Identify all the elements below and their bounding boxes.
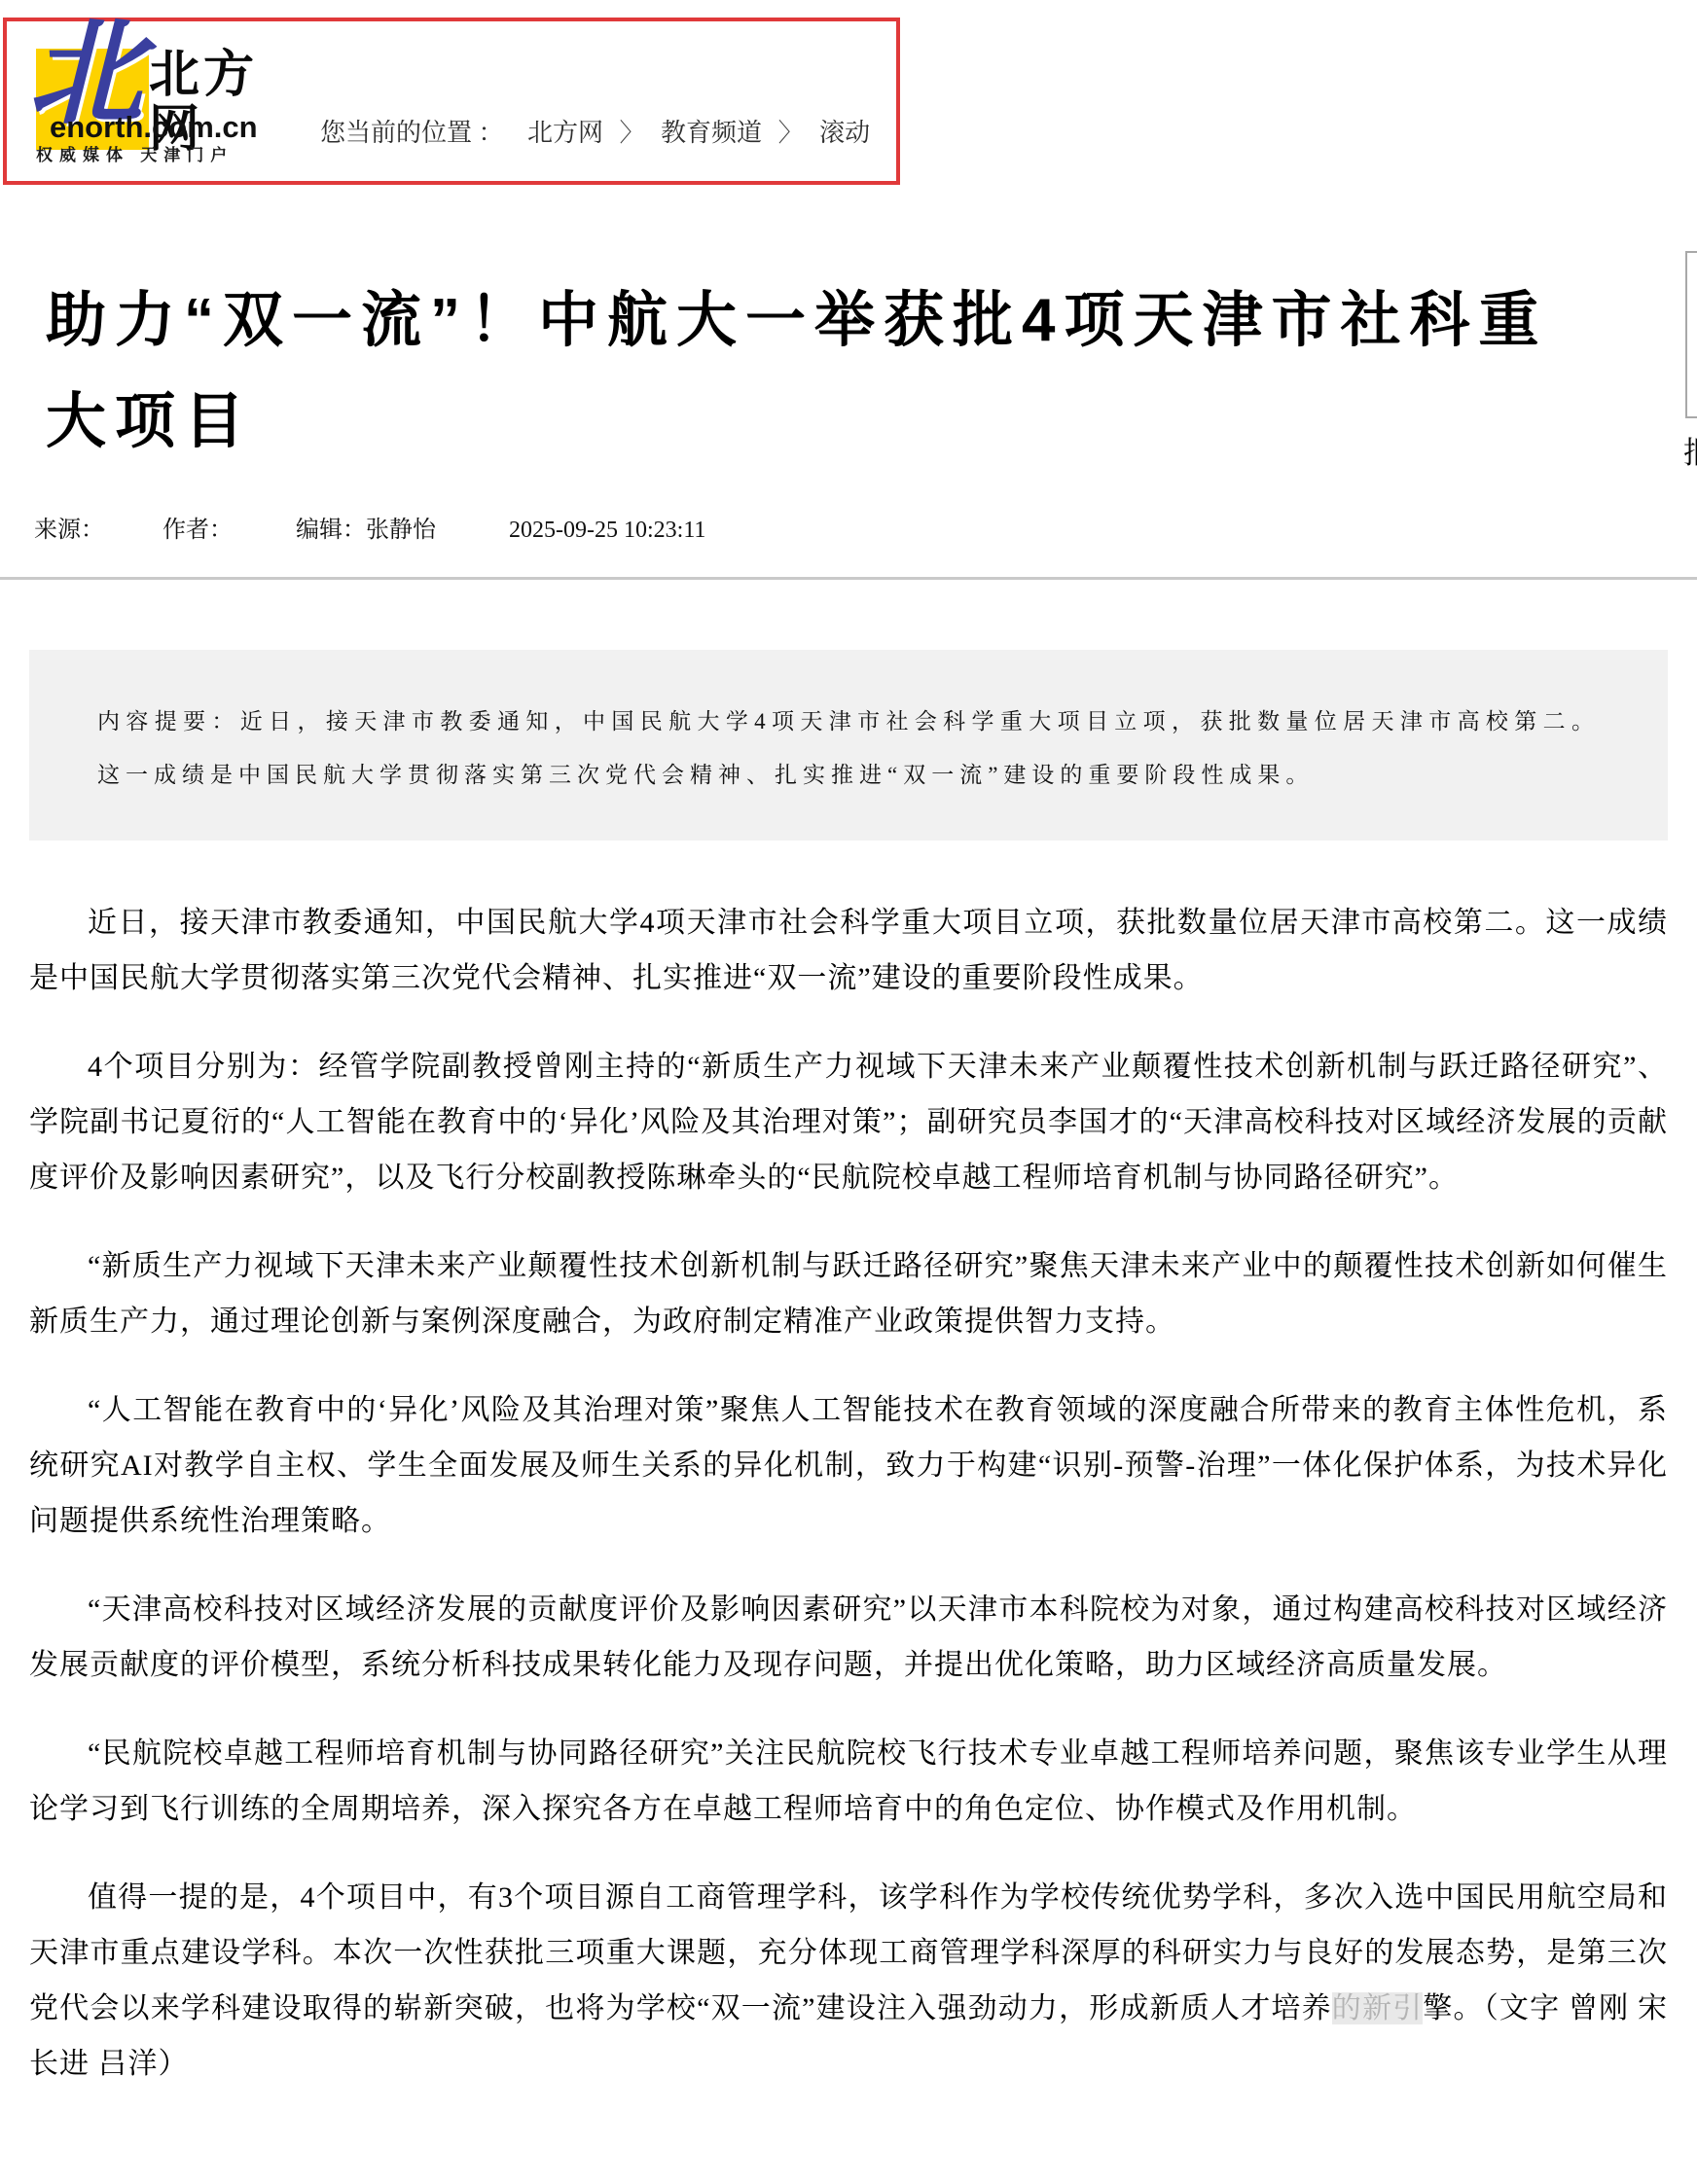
article-title: 助力“双一流”！中航大一举获批4项天津市社科重大项目 [46, 270, 1583, 473]
breadcrumb-item-scroll[interactable]: 滚动 [819, 119, 870, 147]
article-summary-box: 内容提要：近日，接天津市教委通知，中国民航大学4项天津市社会科学重大项目立项，获… [29, 650, 1668, 841]
body-paragraph: “新质生产力视域下天津未来产业颠覆性技术创新机制与跃迁路径研究”聚焦天津未来产业… [29, 1238, 1668, 1349]
horizontal-divider [0, 577, 1697, 580]
article-body: 近日，接天津市教委通知，中国民航大学4项天津市社会科学重大项目立项，获批数量位居… [0, 895, 1697, 2092]
meta-author-label: 作者： [162, 517, 233, 544]
last-paragraph-faded-text: 的新引 [1332, 1992, 1424, 2024]
breadcrumb-separator-icon: 〉 [778, 119, 804, 147]
body-paragraph: “天津高校科技对区域经济发展的贡献度评价及影响因素研究”以天津市本科院校为对象，… [29, 1582, 1668, 1693]
meta-editor: 编辑：张静怡 [296, 517, 436, 544]
clipped-sidebar-panel [1685, 251, 1697, 418]
body-paragraph: 近日，接天津市教委通知，中国民航大学4项天津市社会科学重大项目立项，获批数量位居… [29, 895, 1668, 1006]
breadcrumb-separator-icon: 〉 [620, 119, 645, 147]
body-paragraph: 4个项目分别为：经管学院副教授曾刚主持的“新质生产力视域下天津未来产业颠覆性技术… [29, 1039, 1668, 1205]
news-article-page: 北 北方网 enorth.com.cn 权威媒体 天津门户 您当前的位置 ： 北… [0, 0, 1697, 2184]
logo-slogan: 权威媒体 天津门户 [36, 146, 234, 165]
breadcrumb-label: 您当前的位置 ： [320, 119, 504, 147]
clipped-sidebar-char: 报 [1683, 434, 1697, 473]
breadcrumb-item-home[interactable]: 北方网 [527, 119, 603, 147]
breadcrumb: 您当前的位置 ： 北方网 〉 教育频道 〉 滚动 [320, 119, 870, 148]
body-paragraph: “人工智能在教育中的‘异化’风险及其治理对策”聚焦人工智能技术在教育领域的深度融… [29, 1382, 1668, 1549]
meta-source-label: 来源： [34, 517, 104, 544]
logo-domain-text: enorth.com.cn [50, 111, 258, 144]
body-paragraph-last: 值得一提的是，4个项目中，有3个项目源自工商管理学科，该学科作为学校传统优势学科… [29, 1870, 1668, 2092]
article-meta: 来源： 作者： 编辑：张静怡 2025-09-25 10:23:11 [34, 517, 1697, 544]
breadcrumb-item-education-channel[interactable]: 教育频道 [661, 119, 762, 147]
site-logo[interactable]: 北 北方网 enorth.com.cn 权威媒体 天津门户 [7, 21, 308, 181]
site-header-highlight-box: 北 北方网 enorth.com.cn 权威媒体 天津门户 您当前的位置 ： 北… [3, 18, 900, 185]
body-paragraph: “民航院校卓越工程师培育机制与协同路径研究”关注民航院校飞行技术专业卓越工程师培… [29, 1726, 1668, 1837]
meta-datetime: 2025-09-25 10:23:11 [509, 517, 705, 544]
